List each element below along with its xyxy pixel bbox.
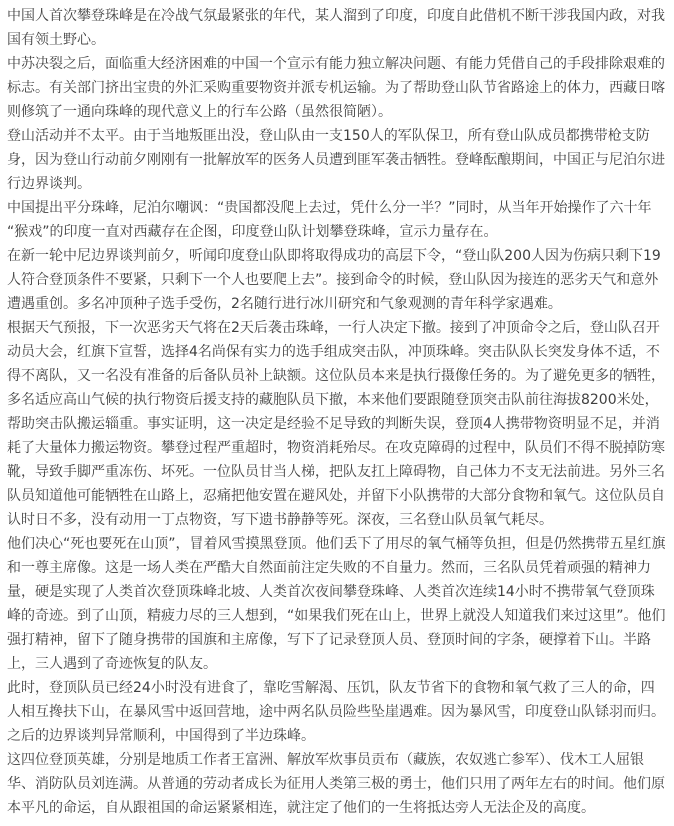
- article-body: 中国人首次攀登珠峰是在冷战气氛最紧张的年代，某人溜到了印度，印度自此借机不断干涉…: [0, 0, 674, 826]
- article-paragraph: 在新一轮中尼边界谈判前夕，听闻印度登山队即将取得成功的高层下令，“登山队200人…: [7, 244, 667, 316]
- article-paragraph: 中国提出平分珠峰，尼泊尔嘲讽：“贵国都没爬上去过，凭什么分一半？”同时，从当年开…: [7, 196, 667, 244]
- article-paragraph: 中苏决裂之后，面临重大经济困难的中国一个宣示有能力独立解决问题、有能力凭借自己的…: [7, 52, 667, 124]
- article-paragraph: 这四位登顶英雄，分别是地质工作者王富洲、解放军炊事员贡布（藏族，农奴逃亡参军）、…: [7, 748, 667, 820]
- article-paragraph: 中国人首次攀登珠峰是在冷战气氛最紧张的年代，某人溜到了印度，印度自此借机不断干涉…: [7, 4, 667, 52]
- article-paragraph: 他们决心“死也要死在山顶”，冒着风雪摸黑登顶。他们丢下了用尽的氧气桶等负担，但是…: [7, 532, 667, 676]
- article-paragraph: 此时，登顶队员已经24小时没有进食了，靠吃雪解渴、压饥，队友节省下的食物和氧气救…: [7, 676, 667, 748]
- article-paragraph: 根据天气预报，下一次恶劣天气将在2天后袭击珠峰，一行人决定下撤。接到了冲顶命令之…: [7, 316, 667, 532]
- article-paragraph: 登山活动并不太平。由于当地叛匪出没，登山队由一支150人的军队保卫，所有登山队成…: [7, 124, 667, 196]
